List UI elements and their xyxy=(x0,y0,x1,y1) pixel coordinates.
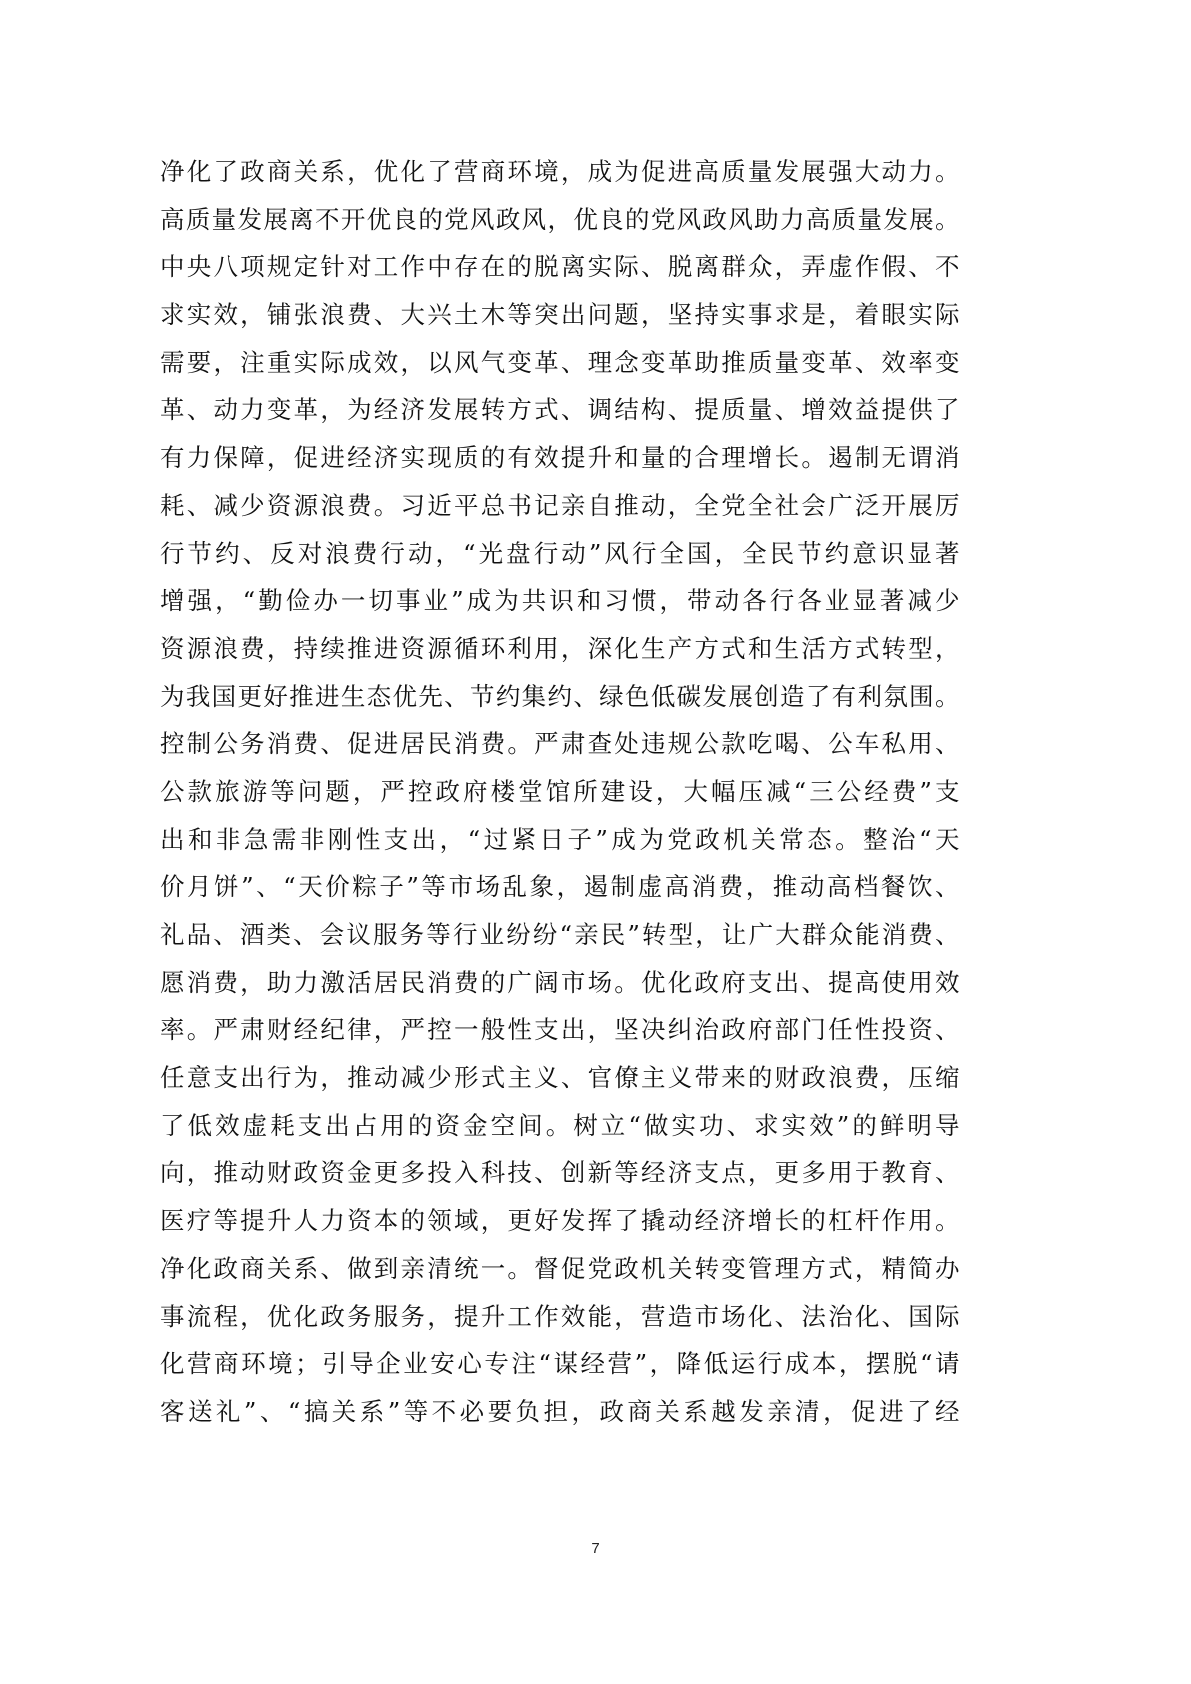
text-line: 高质量发展离不开优良的党风政风，优良的党风政风助力高质量发展。 xyxy=(160,196,960,244)
text-line: 需要，注重实际成效，以风气变革、理念变革助推质量变革、效率变 xyxy=(160,339,960,387)
text-line: 革、动力变革，为经济发展转方式、调结构、提质量、增效益提供了 xyxy=(160,386,960,434)
text-line: 净化了政商关系，优化了营商环境，成为促进高质量发展强大动力。 xyxy=(160,148,960,196)
text-line: 资源浪费，持续推进资源循环利用，深化生产方式和生活方式转型， xyxy=(160,625,960,673)
text-line: 率。严肃财经纪律，严控一般性支出，坚决纠治政府部门任性投资、 xyxy=(160,1006,960,1054)
text-line: 化营商环境；引导企业安心专注“谋经营”，降低运行成本，摆脱“请 xyxy=(160,1340,960,1388)
text-line: 控制公务消费、促进居民消费。严肃查处违规公款吃喝、公车私用、 xyxy=(160,720,960,768)
text-line: 礼品、酒类、会议服务等行业纷纷“亲民”转型，让广大群众能消费、 xyxy=(160,911,960,959)
text-line: 任意支出行为，推动减少形式主义、官僚主义带来的财政浪费，压缩 xyxy=(160,1054,960,1102)
page-number: 7 xyxy=(0,1540,1191,1557)
text-line: 公款旅游等问题，严控政府楼堂馆所建设，大幅压减“三公经费”支 xyxy=(160,768,960,816)
text-line: 事流程，优化政务服务，提升工作效能，营造市场化、法治化、国际 xyxy=(160,1293,960,1341)
text-line: 价月饼”、“天价粽子”等市场乱象，遏制虚高消费，推动高档餐饮、 xyxy=(160,863,960,911)
text-line: 净化政商关系、做到亲清统一。督促党政机关转变管理方式，精简办 xyxy=(160,1245,960,1293)
text-line: 中央八项规定针对工作中存在的脱离实际、脱离群众，弄虚作假、不 xyxy=(160,243,960,291)
text-line: 向，推动财政资金更多投入科技、创新等经济支点，更多用于教育、 xyxy=(160,1149,960,1197)
text-line: 增强，“勤俭办一切事业”成为共识和习惯，带动各行各业显著减少 xyxy=(160,577,960,625)
text-line: 客送礼”、“搞关系”等不必要负担，政商关系越发亲清，促进了经 xyxy=(160,1388,960,1436)
text-line: 行节约、反对浪费行动，“光盘行动”风行全国，全民节约意识显著 xyxy=(160,530,960,578)
text-line: 了低效虚耗支出占用的资金空间。树立“做实功、求实效”的鲜明导 xyxy=(160,1102,960,1150)
text-line: 有力保障，促进经济实现质的有效提升和量的合理增长。遏制无谓消 xyxy=(160,434,960,482)
text-line: 出和非急需非刚性支出，“过紧日子”成为党政机关常态。整治“天 xyxy=(160,816,960,864)
body-text: 净化了政商关系，优化了营商环境，成为促进高质量发展强大动力。 高质量发展离不开优… xyxy=(160,148,960,1436)
text-line: 医疗等提升人力资本的领域，更好发挥了撬动经济增长的杠杆作用。 xyxy=(160,1197,960,1245)
text-line: 为我国更好推进生态优先、节约集约、绿色低碳发展创造了有利氛围。 xyxy=(160,673,960,721)
text-line: 耗、减少资源浪费。习近平总书记亲自推动，全党全社会广泛开展厉 xyxy=(160,482,960,530)
document-page: 净化了政商关系，优化了营商环境，成为促进高质量发展强大动力。 高质量发展离不开优… xyxy=(0,0,1191,1684)
text-line: 求实效，铺张浪费、大兴土木等突出问题，坚持实事求是，着眼实际 xyxy=(160,291,960,339)
text-line: 愿消费，助力激活居民消费的广阔市场。优化政府支出、提高使用效 xyxy=(160,959,960,1007)
